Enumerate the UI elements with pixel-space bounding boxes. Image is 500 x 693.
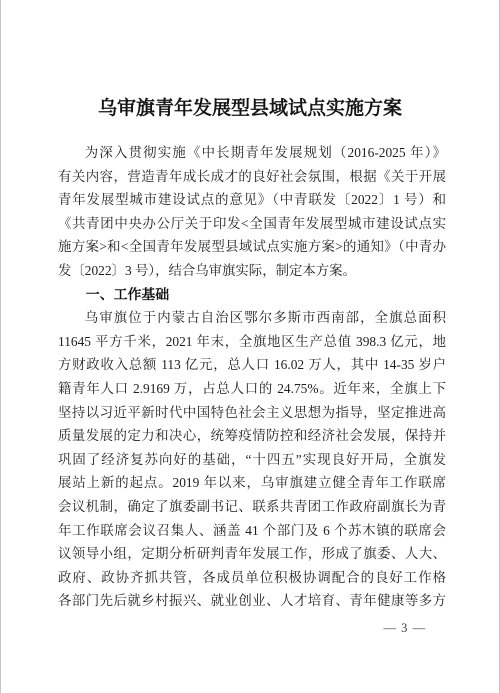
text-line: 年工作联席会议召集人、涵盖 41 个部门及 6 个苏木镇的联席会 <box>58 519 446 543</box>
text-line: 发〔2022〕3 号），结合乌审旗实际，制定本方案。 <box>58 259 446 283</box>
text-line: 有关内容，营造青年成长成才的良好社会氛围，根据《关于开展 <box>58 165 446 189</box>
document-page: 乌审旗青年发展型县域试点实施方案 为深入贯彻实施《中长期青年发展规划（2016-… <box>0 0 500 693</box>
section-heading: 一、工作基础 <box>58 283 446 307</box>
text-line: 巩固了经济复苏向好的基础，“十四五”实现良好开局，全旗发 <box>58 448 446 472</box>
text-line: 政府、政协齐抓共管，各成员单位积极协调配合的良好工作格局。 <box>58 566 446 590</box>
document-title: 乌审旗青年发展型县域试点实施方案 <box>1 96 499 122</box>
text-line: 乌审旗位于内蒙古自治区鄂尔多斯市西南部，全旗总面积 <box>58 306 446 330</box>
text-line: 方财政收入总额 113 亿元，总人口 16.02 万人，其中 14-35 岁户 <box>58 353 446 377</box>
text-line: 议领导小组，定期分析研判青年发展工作，形成了旗委、人大、 <box>58 542 446 566</box>
text-line: 展站上新的起点。2019 年以来，乌审旗建立健全青年工作联席 <box>58 471 446 495</box>
text-line: 《共青团中央办公厅关于印发<全国青年发展型城市建设试点实 <box>58 212 446 236</box>
page-number: — 3 — <box>384 620 427 636</box>
text-line: 会议机制，确定了旗委副书记、联系共青团工作政府副旗长为青 <box>58 495 446 519</box>
document-body: 为深入贯彻实施《中长期青年发展规划（2016-2025 年）》有关内容，营造青年… <box>58 141 446 613</box>
text-line: 籍青年人口 2.9169 万，占总人口的 24.75%。近年来，全旗上下 <box>58 377 446 401</box>
text-line: 质量发展的定力和决心，统筹疫情防控和经济社会发展，保持并 <box>58 424 446 448</box>
text-line: 11645 平方千米，2021 年末，全旗地区生产总值 398.3 亿元，地 <box>58 330 446 354</box>
text-line: 施方案>和<全国青年发展型县域试点实施方案>的通知》（中青办 <box>58 235 446 259</box>
text-line: 坚持以习近平新时代中国特色社会主义思想为指导，坚定推进高 <box>58 401 446 425</box>
text-line: 青年发展型城市建设试点的意见》（中青联发〔2022〕1 号）和 <box>58 188 446 212</box>
text-line: 为深入贯彻实施《中长期青年发展规划（2016-2025 年）》 <box>58 141 446 165</box>
text-line: 各部门先后就乡村振兴、就业创业、人才培育、青年健康等多方 <box>58 589 446 613</box>
